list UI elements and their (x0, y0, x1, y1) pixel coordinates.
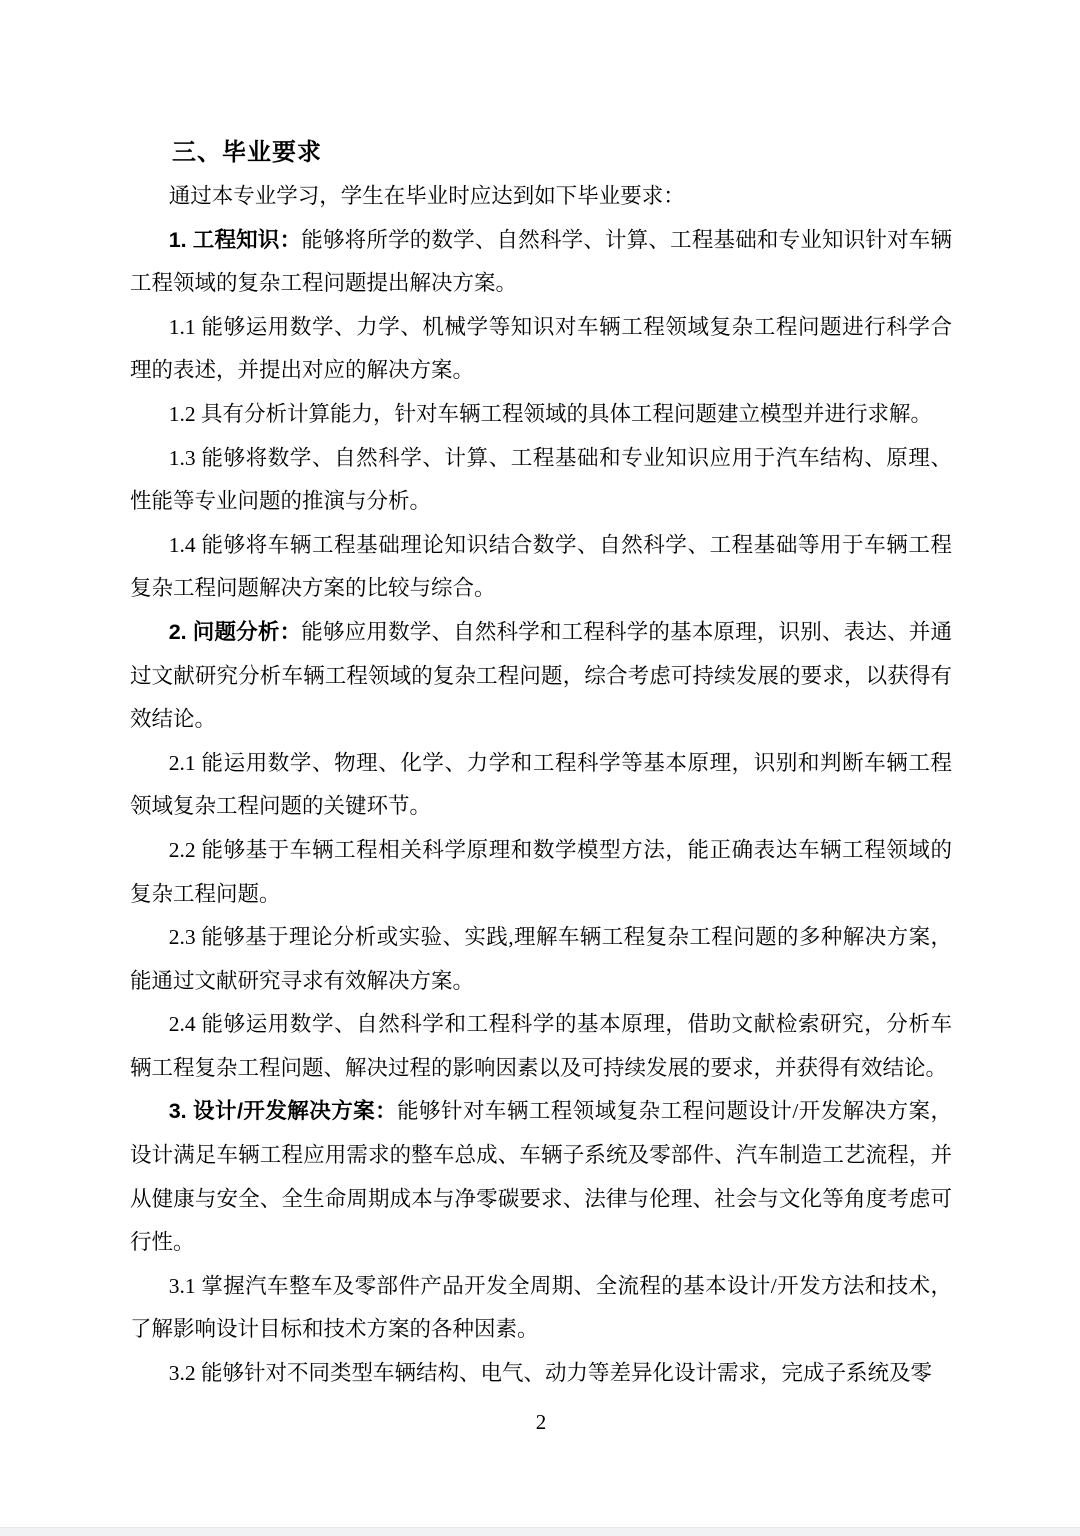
paragraph-text: 通过本专业学习，学生在毕业时应达到如下毕业要求： (169, 184, 685, 208)
paragraph-text: 1.4 能够将车辆工程基础理论知识结合数学、自然科学、工程基础等用于车辆工程复杂… (130, 533, 952, 601)
paragraph-text: 2.4 能够运用数学、自然科学和工程科学的基本原理，借助文献检索研究，分析车辆工… (130, 1012, 952, 1080)
paragraph-text: 1.1 能够运用数学、力学、机械学等知识对车辆工程领域复杂工程问题进行科学合理的… (130, 315, 952, 383)
paragraph-text: 2.3 能够基于理论分析或实验、实践,理解车辆工程复杂工程问题的多种解决方案，能… (130, 925, 952, 993)
document-content: 三、毕业要求 通过本专业学习，学生在毕业时应达到如下毕业要求： 1. 工程知识：… (0, 0, 1080, 1435)
viewer-background-strip (0, 1527, 1080, 1536)
page-number: 2 (130, 1409, 952, 1435)
paragraph-item-1-3: 1.3 能够将数学、自然科学、计算、工程基础和专业知识应用于汽车结构、原理、性能… (130, 437, 952, 524)
paragraph-item-3-1: 3.1 掌握汽车整车及零部件产品开发全周期、全流程的基本设计/开发方法和技术，了… (130, 1265, 952, 1352)
paragraph-text: 3.2 能够针对不同类型车辆结构、电气、动力等差异化设计需求，完成子系统及零 (169, 1361, 932, 1385)
paragraph-requirement-2: 2. 问题分析：能够应用数学、自然科学和工程科学的基本原理，识别、表达、并通过文… (130, 611, 952, 742)
paragraph-requirement-3: 3. 设计/开发解决方案：能够针对车辆工程领域复杂工程问题设计/开发解决方案，设… (130, 1090, 952, 1264)
paragraph-text: 2.2 能够基于车辆工程相关科学原理和数学模型方法，能正确表达车辆工程领域的复杂… (130, 838, 952, 906)
paragraph-item-2-4: 2.4 能够运用数学、自然科学和工程科学的基本原理，借助文献检索研究，分析车辆工… (130, 1003, 952, 1090)
paragraph-text: 3.1 掌握汽车整车及零部件产品开发全周期、全流程的基本设计/开发方法和技术，了… (130, 1274, 952, 1342)
paragraph-item-2-2: 2.2 能够基于车辆工程相关科学原理和数学模型方法，能正确表达车辆工程领域的复杂… (130, 829, 952, 916)
paragraph-item-3-2: 3.2 能够针对不同类型车辆结构、电气、动力等差异化设计需求，完成子系统及零 (130, 1352, 952, 1396)
paragraph-text: 1.2 具有分析计算能力，针对车辆工程领域的具体工程问题建立模型并进行求解。 (169, 402, 932, 426)
paragraph-intro: 通过本专业学习，学生在毕业时应达到如下毕业要求： (130, 175, 952, 219)
paragraph-text: 2.1 能运用数学、物理、化学、力学和工程科学等基本原理，识别和判断车辆工程领域… (130, 751, 952, 819)
paragraph-item-2-1: 2.1 能运用数学、物理、化学、力学和工程科学等基本原理，识别和判断车辆工程领域… (130, 742, 952, 829)
paragraph-requirement-1: 1. 工程知识：能够将所学的数学、自然科学、计算、工程基础和专业知识针对车辆工程… (130, 219, 952, 306)
paragraph-label: 2. 问题分析： (169, 620, 302, 644)
paragraph-item-1-4: 1.4 能够将车辆工程基础理论知识结合数学、自然科学、工程基础等用于车辆工程复杂… (130, 524, 952, 611)
paragraph-item-2-3: 2.3 能够基于理论分析或实验、实践,理解车辆工程复杂工程问题的多种解决方案，能… (130, 916, 952, 1003)
section-heading: 三、毕业要求 (130, 131, 952, 175)
paragraph-text: 1.3 能够将数学、自然科学、计算、工程基础和专业知识应用于汽车结构、原理、性能… (130, 446, 952, 514)
paragraph-item-1-2: 1.2 具有分析计算能力，针对车辆工程领域的具体工程问题建立模型并进行求解。 (130, 393, 952, 437)
document-page: 三、毕业要求 通过本专业学习，学生在毕业时应达到如下毕业要求： 1. 工程知识：… (0, 0, 1080, 1536)
paragraph-label: 3. 设计/开发解决方案： (169, 1099, 397, 1123)
paragraph-label: 1. 工程知识： (169, 228, 302, 252)
paragraph-item-1-1: 1.1 能够运用数学、力学、机械学等知识对车辆工程领域复杂工程问题进行科学合理的… (130, 306, 952, 393)
